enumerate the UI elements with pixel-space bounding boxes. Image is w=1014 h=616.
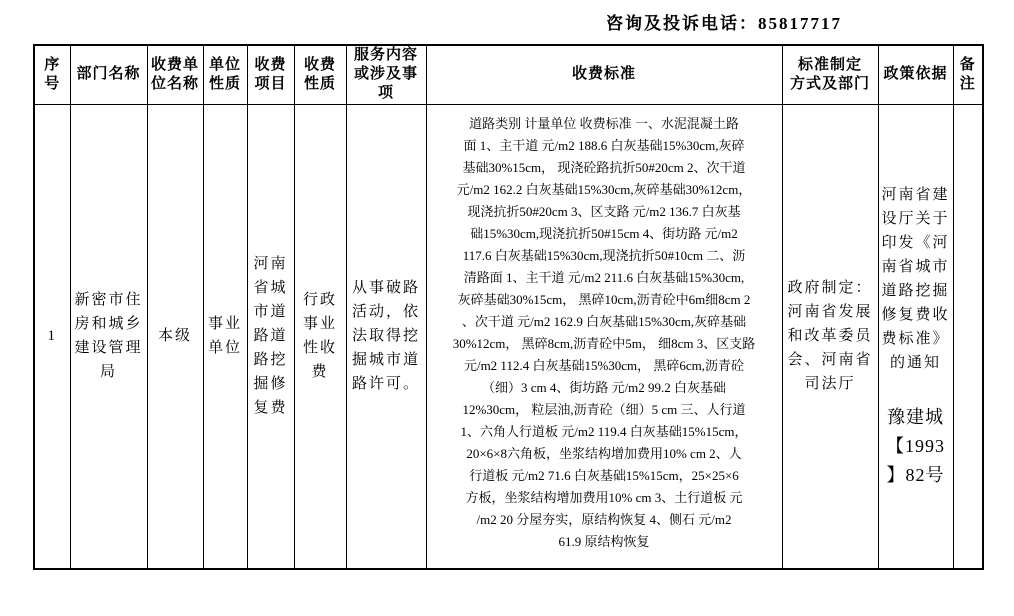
col-header-seq: 序 号 bbox=[34, 45, 70, 104]
cell-policy-basis: 河南省建 设厅关于 印发《河 南省城市 道路挖掘 修复费收 费标准》 的通知 豫… bbox=[878, 104, 953, 569]
fee-standard-table: 序 号 部门名称 收费单 位名称 单位 性质 收费 项目 收费 性质 服务内容 … bbox=[33, 44, 984, 570]
col-header-policy-basis: 政策依据 bbox=[878, 45, 953, 104]
col-header-service-content: 服务内容 或涉及事 项 bbox=[346, 45, 426, 104]
contact-phone-line: 咨询及投诉电话：85817717 bbox=[606, 9, 842, 34]
cell-seq: 1 bbox=[34, 104, 70, 569]
col-header-unit-name: 收费单 位名称 bbox=[147, 45, 203, 104]
cell-standard-setter: 政府制定： 河南省发展 和改革委员 会、河南省 司法厅 bbox=[782, 104, 878, 569]
cell-unit-nature: 事业 单位 bbox=[203, 104, 247, 569]
col-header-fee-standard: 收费标准 bbox=[426, 45, 782, 104]
col-header-standard-setter: 标准制定 方式及部门 bbox=[782, 45, 878, 104]
document-page: 咨询及投诉电话：85817717 序 号 部门名称 收费单 位名称 单位 性质 … bbox=[0, 0, 1014, 616]
policy-doc-number: 豫建城 【1993 】82号 bbox=[881, 403, 951, 490]
table-row: 1 新密市住 房和城乡 建设管理 局 本级 事业 单位 河南 省城 市道 路道 … bbox=[34, 104, 983, 569]
cell-unit-name: 本级 bbox=[147, 104, 203, 569]
cell-service-content: 从事破路 活动，依 法取得挖 掘城市道 路许可。 bbox=[346, 104, 426, 569]
cell-remark bbox=[953, 104, 983, 569]
cell-department: 新密市住 房和城乡 建设管理 局 bbox=[70, 104, 147, 569]
policy-basis-text: 河南省建 设厅关于 印发《河 南省城市 道路挖掘 修复费收 费标准》 的通知 bbox=[881, 183, 951, 375]
col-header-unit-nature: 单位 性质 bbox=[203, 45, 247, 104]
col-header-department: 部门名称 bbox=[70, 45, 147, 104]
cell-fee-standard: 道路类别 计量单位 收费标准 一、水泥混凝土路 面 1、主干道 元/m2 188… bbox=[426, 104, 782, 569]
cell-fee-item: 河南 省城 市道 路道 路挖 掘修 复费 bbox=[247, 104, 294, 569]
table-header-row: 序 号 部门名称 收费单 位名称 单位 性质 收费 项目 收费 性质 服务内容 … bbox=[34, 45, 983, 104]
col-header-fee-item: 收费 项目 bbox=[247, 45, 294, 104]
col-header-fee-nature: 收费 性质 bbox=[294, 45, 346, 104]
col-header-remark: 备 注 bbox=[953, 45, 983, 104]
cell-fee-nature: 行政 事业 性收 费 bbox=[294, 104, 346, 569]
